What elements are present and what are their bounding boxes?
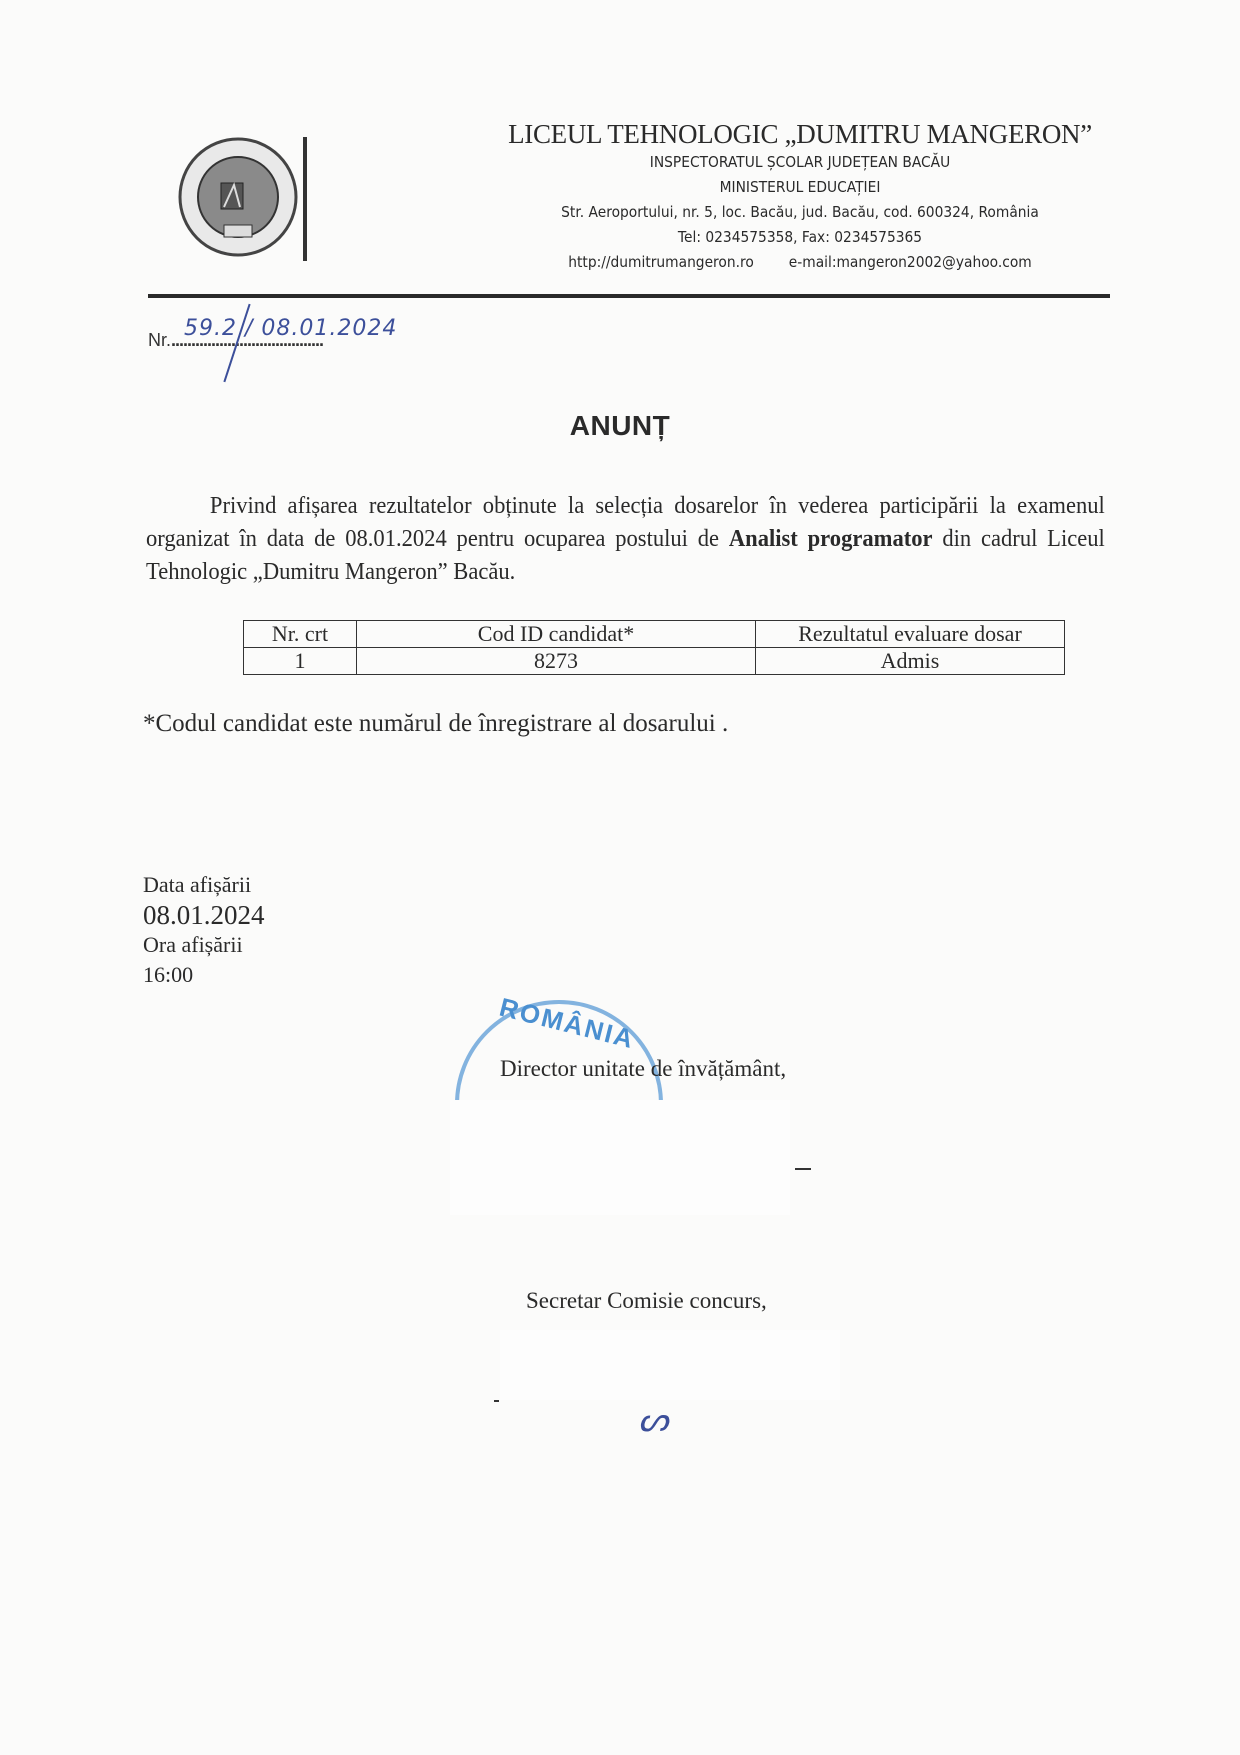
- table-header-row: Nr. crt Cod ID candidat* Rezultatul eval…: [244, 621, 1065, 648]
- header-nr: Nr. crt: [244, 621, 357, 648]
- inspectorate: INSPECTORATUL ȘCOLAR JUDEȚEAN BACĂU: [496, 150, 1103, 175]
- table-row: 1 8273 Admis: [244, 648, 1065, 675]
- cell-nr: 1: [244, 648, 357, 675]
- header-result: Rezultatul evaluare dosar: [756, 621, 1065, 648]
- dash-mark: [494, 1400, 499, 1402]
- footnote: *Codul candidat este numărul de înregist…: [143, 710, 728, 738]
- announcement-text: Privind afișarea rezultatelor obținute l…: [146, 490, 1105, 589]
- registration-handwritten: 59.2 / 08.01.2024: [184, 316, 397, 341]
- ministry: MINISTERUL EDUCAȚIEI: [496, 175, 1103, 200]
- posting-info: Data afișării 08.01.2024 Ora afișării 16…: [143, 870, 265, 990]
- website-link[interactable]: http://dumitrumangeron.ro: [568, 250, 754, 275]
- posting-date-label: Data afișării: [143, 870, 265, 900]
- registration-label: Nr.: [148, 330, 171, 350]
- director-title: Director unitate de învățământ,: [500, 1056, 786, 1082]
- redaction-block: [500, 1330, 840, 1400]
- email-link[interactable]: e-mail:mangeron2002@yahoo.com: [789, 250, 1032, 275]
- school-seal-icon: [176, 135, 300, 259]
- redaction-block: [450, 1100, 790, 1215]
- header-candidate-id: Cod ID candidat*: [357, 621, 756, 648]
- posting-date-value: 08.01.2024: [143, 900, 265, 930]
- cell-result: Admis: [756, 648, 1065, 675]
- phone-fax: Tel: 0234575358, Fax: 0234575365: [496, 225, 1103, 250]
- position-name: Analist programator: [729, 526, 933, 552]
- posting-time-label: Ora afișării: [143, 930, 265, 960]
- letterhead: LICEUL TEHNOLOGIC „DUMITRU MANGERON” INS…: [470, 118, 1130, 275]
- posting-time-value: 16:00: [143, 960, 265, 990]
- address: Str. Aeroportului, nr. 5, loc. Bacău, ju…: [496, 200, 1103, 225]
- results-table: Nr. crt Cod ID candidat* Rezultatul eval…: [243, 620, 1065, 675]
- signature-mark-icon: ᔕ: [640, 1400, 670, 1440]
- page-title: ANUNȚ: [0, 410, 1240, 442]
- cell-candidate-id: 8273: [357, 648, 756, 675]
- institution-name: LICEUL TEHNOLOGIC „DUMITRU MANGERON”: [470, 118, 1130, 150]
- header-divider: [303, 137, 307, 261]
- dash-mark: [795, 1168, 811, 1170]
- header-rule: [148, 294, 1110, 298]
- secretary-title: Secretar Comisie concurs,: [526, 1288, 767, 1314]
